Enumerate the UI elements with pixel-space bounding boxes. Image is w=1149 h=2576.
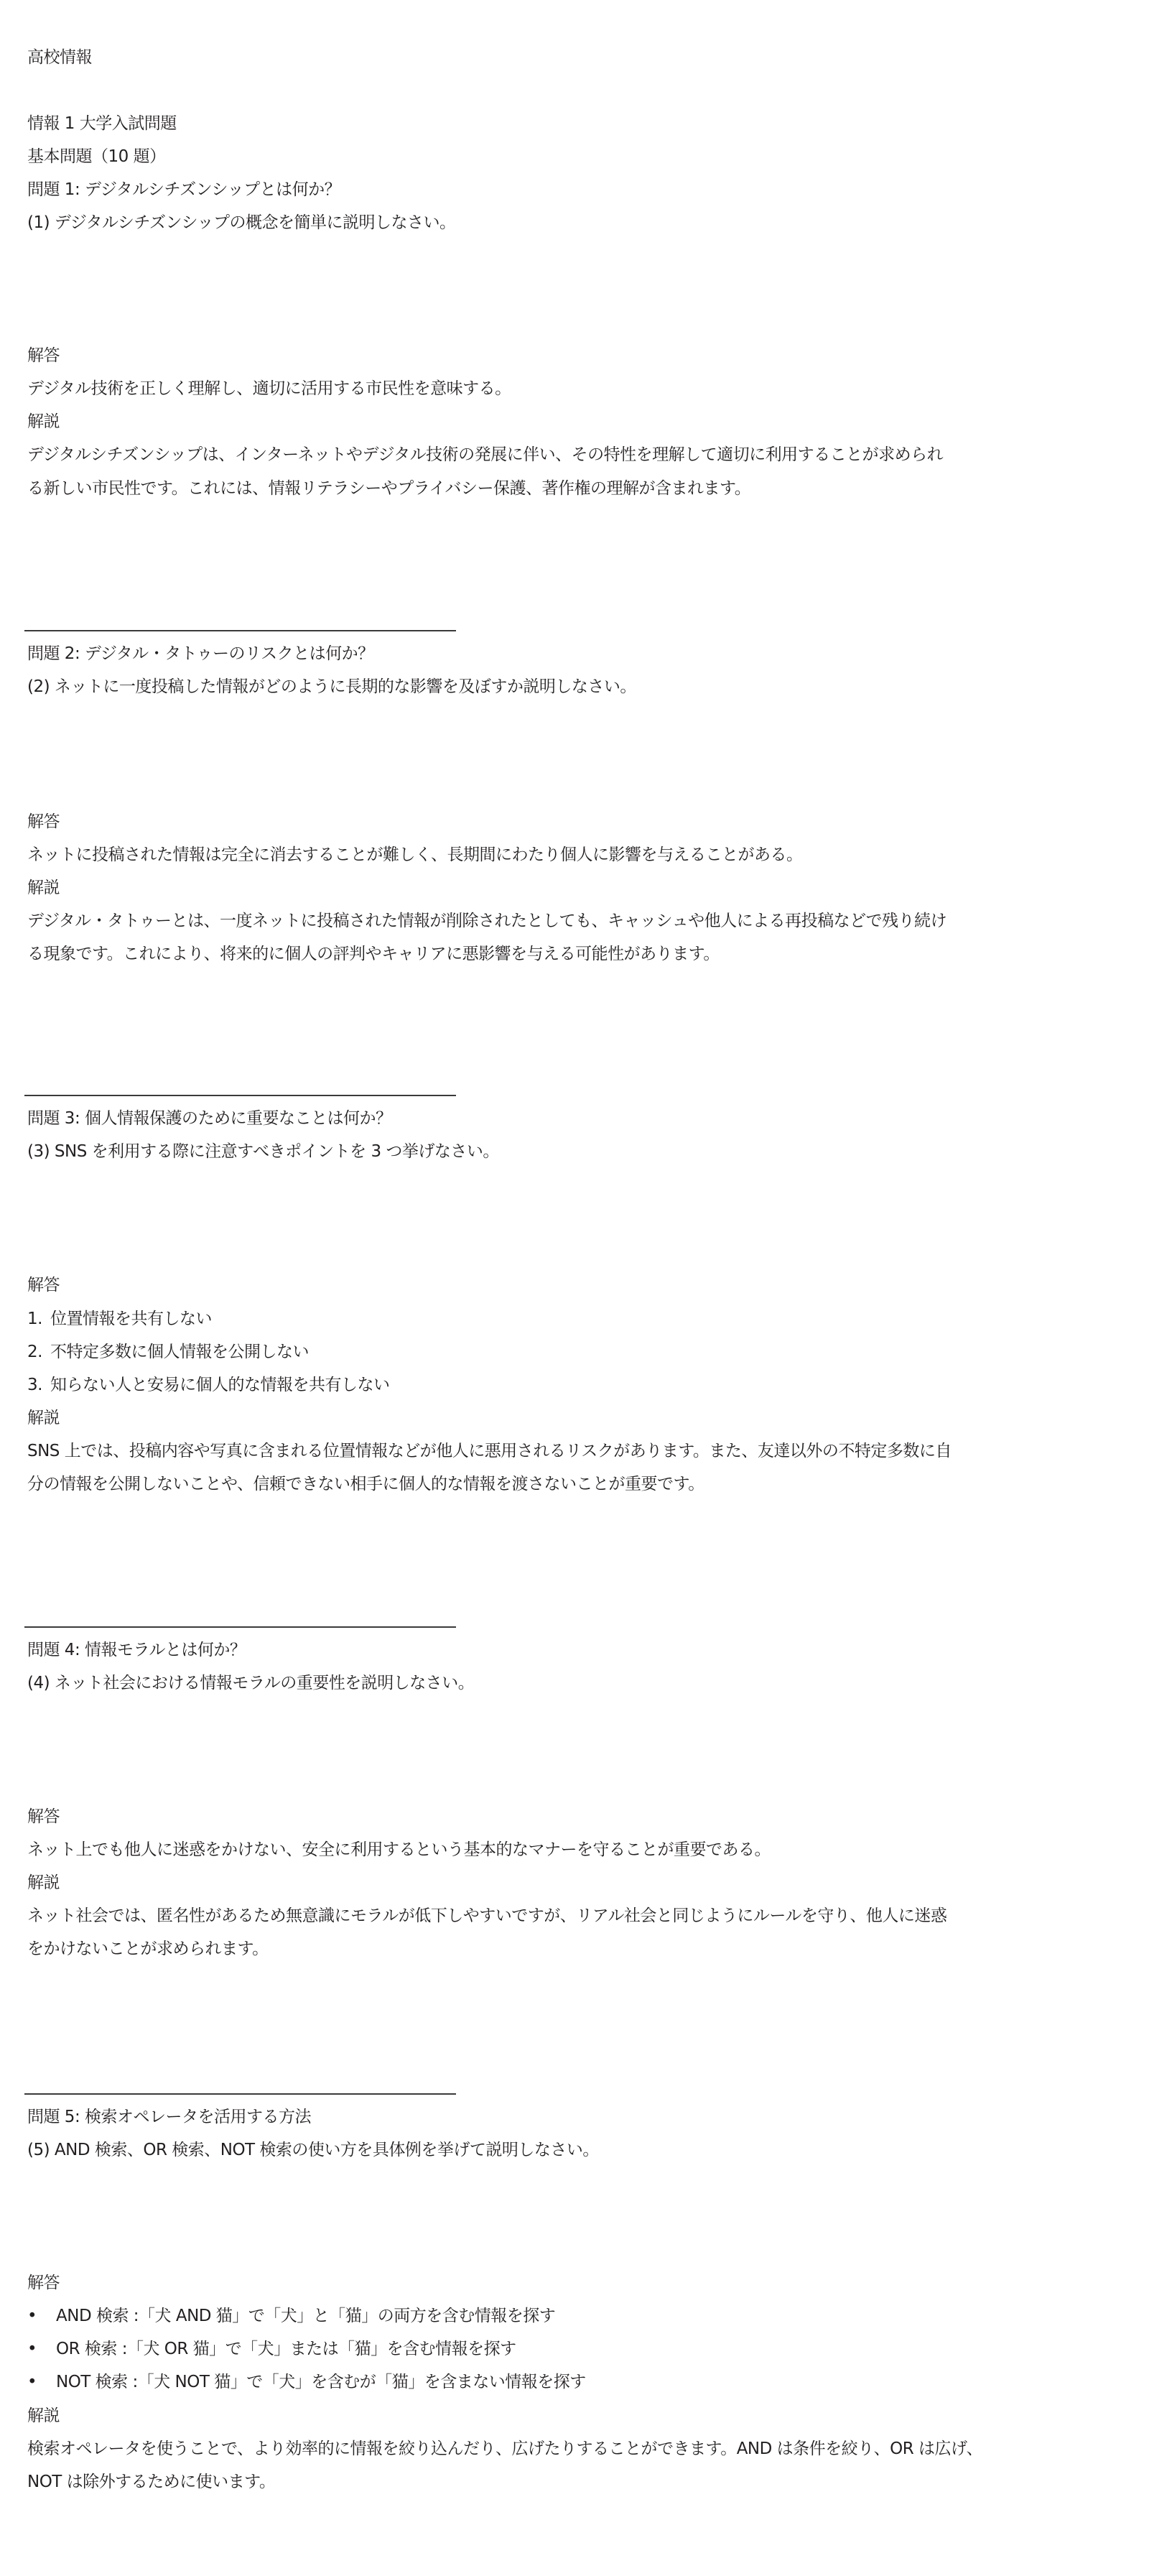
question-4-prompt: (4) ネット社会における情報モラルの重要性を説明しなさい。 <box>27 1672 474 1694</box>
page-title: 高校情報 <box>27 47 92 68</box>
question-5-explanation-label: 解説 <box>27 2405 60 2427</box>
question-1-explanation-line: デジタルシチズンシップは、インターネットやデジタル技術の発展に伴い、その特性を理… <box>27 444 943 465</box>
question-3-explanation-line: SNS 上では、投稿内容や写真に含まれる位置情報などが他人に悪用されるリスクがあ… <box>27 1440 952 1462</box>
question-3-explanation-label: 解説 <box>27 1407 60 1429</box>
question-4-explanation-label: 解説 <box>27 1872 60 1894</box>
answer-list-item: 1.位置情報を共有しない <box>27 1308 212 1330</box>
list-item-text: 知らない人と安易に個人的な情報を共有しない <box>50 1376 390 1394</box>
section-divider <box>24 630 456 631</box>
question-1-explanation-label: 解説 <box>27 411 60 432</box>
question-4-answer: ネット上でも他人に迷惑をかけない、安全に利用するという基本的なマナーを守ることが… <box>27 1839 771 1861</box>
question-1-prompt: (1) デジタルシチズンシップの概念を簡単に説明しなさい。 <box>27 212 455 233</box>
question-5-title: 問題 5: 検索オペレータを活用する方法 <box>27 2106 311 2128</box>
question-1-explanation-line: る新しい市民性です。これには、情報リテラシーやプライバシー保護、著作権の理解が含… <box>27 478 750 499</box>
answer-list-item: 3.知らない人と安易に個人的な情報を共有しない <box>27 1374 390 1396</box>
answer-list-item: •NOT 検索 :「犬 NOT 猫」で「犬」を含むが「猫」を含まない情報を探す <box>27 2371 586 2393</box>
section-divider <box>24 1095 456 1096</box>
question-3-answer-label: 解答 <box>27 1274 60 1296</box>
question-1-answer-label: 解答 <box>27 345 60 366</box>
question-5-explanation-line: NOT は除外するために使います。 <box>27 2471 275 2493</box>
question-3-explanation-line: 分の情報を公開しないことや、信頼できない相手に個人的な情報を渡さないことが重要で… <box>27 1473 704 1495</box>
question-2-prompt: (2) ネットに一度投稿した情報がどのように長期的な影響を及ぼすか説明しなさい。 <box>27 676 636 698</box>
question-5-explanation-line: 検索オペレータを使うことで、より効率的に情報を絞り込んだり、広げたりすることがで… <box>27 2438 982 2460</box>
question-1-answer: デジタル技術を正しく理解し、適切に活用する市民性を意味する。 <box>27 378 511 399</box>
question-2-title: 問題 2: デジタル・タトゥーのリスクとは何か？ <box>27 643 374 664</box>
list-number: 2. <box>27 1341 50 1363</box>
answer-list-item: 2.不特定多数に個人情報を公開しない <box>27 1341 309 1363</box>
question-3-title: 問題 3: 個人情報保護のために重要なことは何か？ <box>27 1108 392 1129</box>
list-item-text: AND 検索 :「犬 AND 猫」で「犬」と「猫」の両方を含む情報を探す <box>56 2307 555 2325</box>
list-number: 3. <box>27 1374 50 1396</box>
question-4-title: 問題 4: 情報モラルとは何か？ <box>27 1639 246 1661</box>
question-2-explanation-line: デジタル・タトゥーとは、一度ネットに投稿された情報が削除されたとしても、キャッシ… <box>27 910 946 932</box>
question-4-answer-label: 解答 <box>27 1806 60 1827</box>
question-2-answer: ネットに投稿された情報は完全に消去することが難しく、長期間にわたり個人に影響を与… <box>27 844 803 866</box>
question-5-answer-label: 解答 <box>27 2272 60 2294</box>
list-item-text: NOT 検索 :「犬 NOT 猫」で「犬」を含むが「猫」を含まない情報を探す <box>56 2373 586 2391</box>
list-number: 1. <box>27 1308 50 1330</box>
bullet-icon: • <box>27 2305 56 2327</box>
question-4-explanation-line: ネット社会では、匿名性があるため無意識にモラルが低下しやすいですが、リアル社会と… <box>27 1905 946 1927</box>
list-item-text: 位置情報を共有しない <box>50 1310 212 1328</box>
answer-list-item: •OR 検索 :「犬 OR 猫」で「犬」または「猫」を含む情報を探す <box>27 2338 516 2360</box>
list-item-text: 不特定多数に個人情報を公開しない <box>50 1343 309 1361</box>
bullet-icon: • <box>27 2338 56 2360</box>
section-divider <box>24 1626 456 1628</box>
list-item-text: OR 検索 :「犬 OR 猫」で「犬」または「猫」を含む情報を探す <box>56 2340 516 2358</box>
answer-list-item: •AND 検索 :「犬 AND 猫」で「犬」と「猫」の両方を含む情報を探す <box>27 2305 555 2327</box>
question-4-explanation-line: をかけないことが求められます。 <box>27 1938 269 1960</box>
question-5-prompt: (5) AND 検索、OR 検索、NOT 検索の使い方を具体例を挙げて説明しなさ… <box>27 2139 599 2161</box>
section-divider <box>24 2093 456 2095</box>
question-2-explanation-line: る現象です。これにより、将来的に個人の評判やキャリアに悪影響を与える可能性があり… <box>27 943 720 965</box>
bullet-icon: • <box>27 2371 56 2393</box>
question-1-title: 問題 1: デジタルシチズンシップとは何か？ <box>27 179 340 200</box>
question-2-explanation-label: 解説 <box>27 877 60 899</box>
section-title: 基本問題（10 題） <box>27 146 166 167</box>
question-3-prompt: (3) SNS を利用する際に注意すべきポイントを 3 つ挙げなさい。 <box>27 1141 499 1162</box>
exam-title: 情報 1 大学入試問題 <box>27 113 177 134</box>
question-2-answer-label: 解答 <box>27 811 60 833</box>
